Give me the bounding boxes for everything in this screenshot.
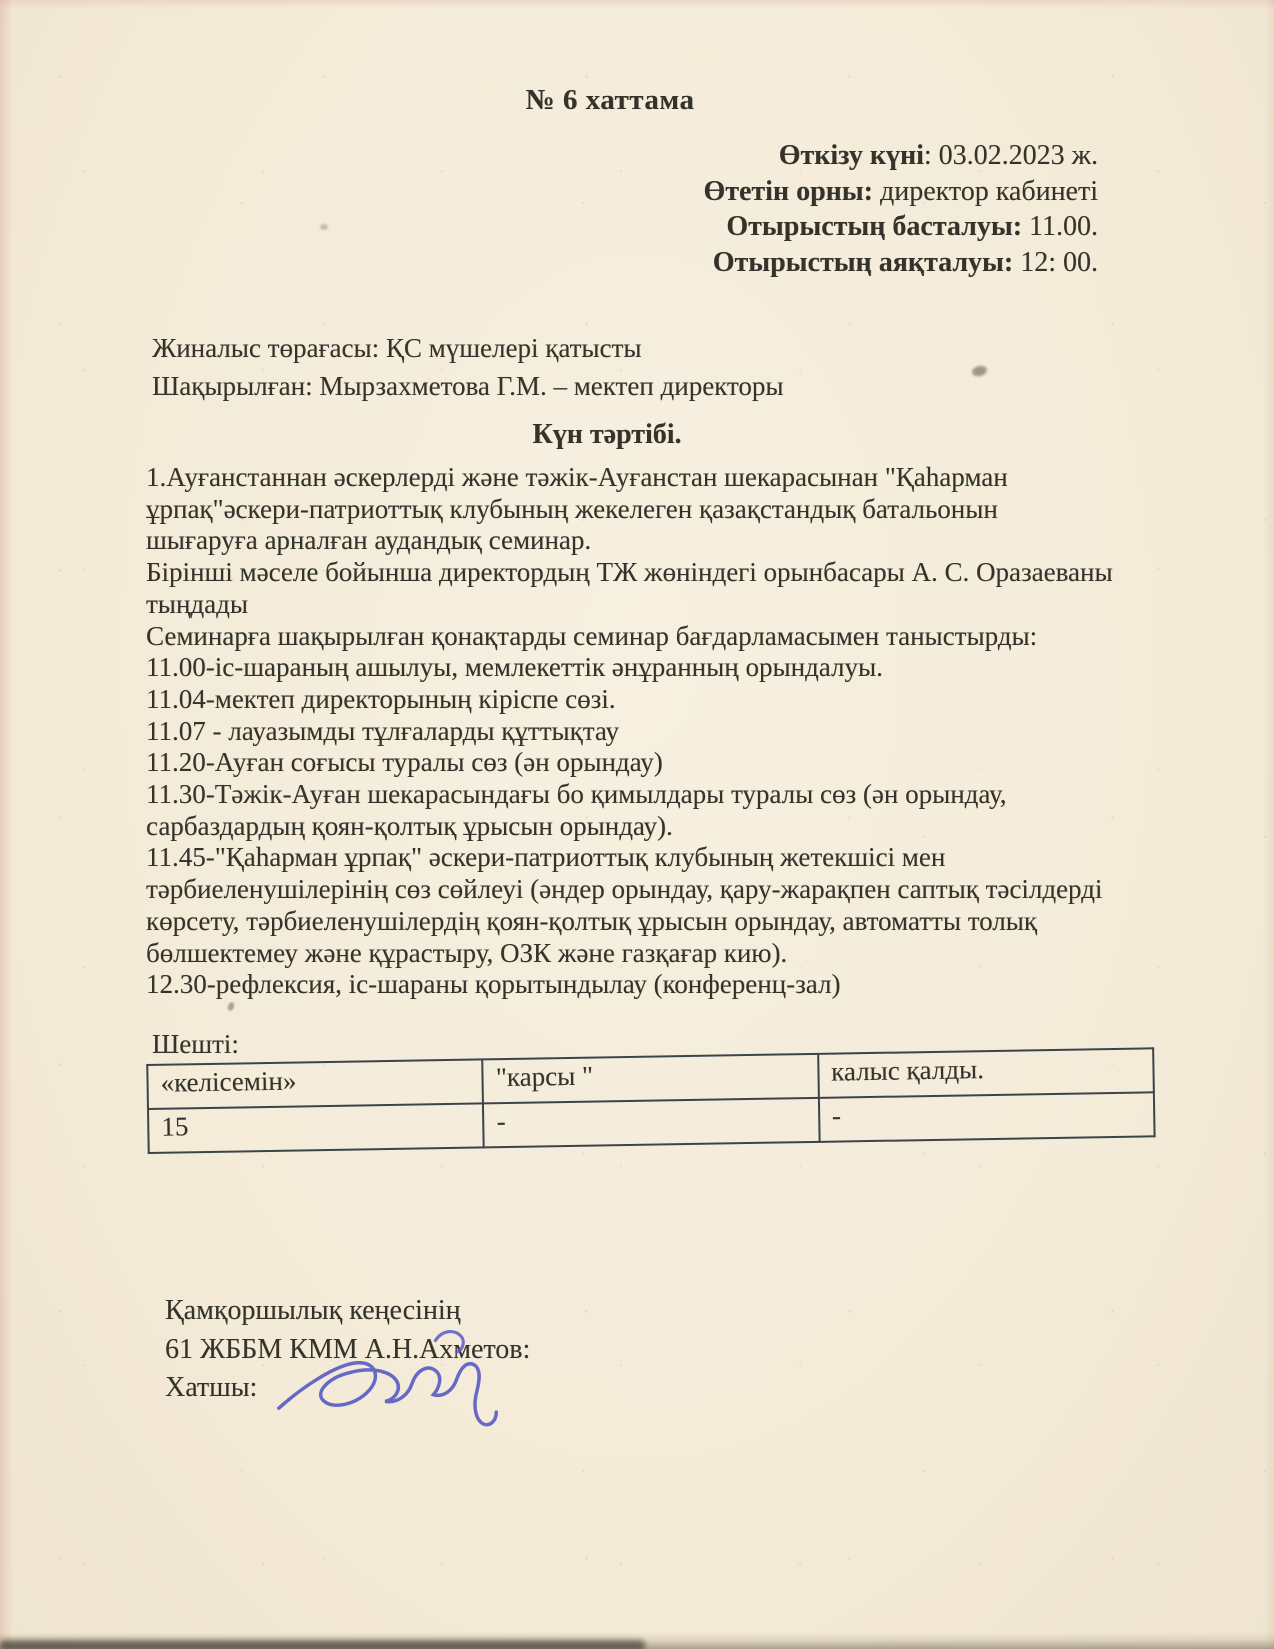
scan-edge-right (1264, 0, 1274, 1649)
agenda-line: бөлшектемеу және құрастыру, ОЗК және газ… (146, 938, 1113, 970)
scan-smudge (320, 224, 328, 230)
agenda-line: тәрбиеленушілерінің сөз сөйлеуі (әндер о… (146, 874, 1113, 906)
meta-row-date: Өткізу күні: 03.02.2023 ж. (703, 138, 1098, 174)
header-cell-abstained: калыс қалды. (818, 1048, 1154, 1098)
agenda-line: 11.30-Тәжік-Ауған шекарасындағы бо қимыл… (146, 779, 1113, 811)
value-cell-agree: 15 (148, 1103, 484, 1153)
scanned-protocol-page: № 6 хаттама Өткізу күні: 03.02.2023 ж. Ө… (0, 0, 1274, 1649)
footer-secretary-line: Хатшы: (165, 1369, 530, 1408)
agenda-line: 11.07 - лауазымды тұлғаларды құттықтау (146, 716, 1113, 748)
agenda-line: ұрпақ"әскери-патриоттық клубының жекелег… (146, 494, 1113, 526)
meta-block: Өткізу күні: 03.02.2023 ж. Өтетін орны: … (703, 138, 1098, 280)
invited-person-line: Шақырылған: Мырзахметова Г.М. – мектеп д… (152, 367, 784, 405)
agenda-line: 11.04-мектеп директорының кіріспе сөзі. (146, 684, 1113, 716)
agenda-line: 1.Ауғанстаннан әскерлерді және тәжік-Ауғ… (146, 462, 1113, 494)
agenda-line: шығаруға арналған аудандық семинар. (146, 525, 1113, 557)
signature-block: Қамқоршылық кеңесінің 61 ЖББМ КММ А.Н.Ах… (165, 1292, 530, 1408)
scan-edge-top (0, 0, 1274, 9)
meta-row-end: Отырыстың аяқталуы: 12: 00. (703, 245, 1098, 281)
footer-council-line: Қамқоршылық кеңесінің (165, 1292, 530, 1331)
meta-value: 12: 00. (1013, 247, 1098, 278)
agenda-line: Бірінші мәселе бойынша директордың ТЖ жө… (146, 557, 1113, 589)
scan-edge-shadow (0, 1640, 645, 1649)
header-cell-agree: «келісемін» (147, 1059, 483, 1109)
agenda-body: 1.Ауғанстаннан әскерлерді және тәжік-Ауғ… (146, 462, 1113, 1001)
meta-value: 11.00. (1022, 211, 1098, 242)
meta-value: директор кабинеті (873, 176, 1098, 207)
decision-table: «келісемін» "карсы " калыс қалды. 15 - - (146, 1047, 1155, 1154)
value-cell-against: - (483, 1098, 819, 1148)
meta-label: Өткізу күні (779, 140, 924, 171)
footer-school-line: 61 ЖББМ КММ А.Н.Ахметов: (165, 1331, 530, 1370)
agenda-line: 11.00-іс-шараның ашылуы, мемлекеттік әнұ… (146, 652, 1113, 684)
meeting-chairman-line: Жиналыс төрағасы: ҚС мүшелері қатысты (152, 329, 784, 367)
meta-label: Отырыстың аяқталуы: (713, 247, 1014, 278)
decision-label: Шешті: (152, 1029, 239, 1060)
header-cell-against: "карсы " (483, 1054, 819, 1104)
value-cell-abstained: - (819, 1092, 1155, 1142)
agenda-line: 11.20-Ауған соғысы туралы сөз (ән орында… (146, 747, 1113, 779)
agenda-heading: Күн тәртібі. (0, 419, 1214, 451)
intro-block: Жиналыс төрағасы: ҚС мүшелері қатысты Ша… (152, 329, 784, 405)
agenda-line: тыңдады (146, 589, 1113, 621)
scan-smudge (971, 364, 988, 377)
scan-edge-left (0, 0, 13, 1649)
agenda-line: Семинарға шақырылған қонақтарды семинар … (146, 621, 1113, 653)
agenda-line: 11.45-"Қаһарман ұрпақ" әскери-патриоттық… (146, 842, 1113, 874)
agenda-line: көрсету, тәрбиеленушілердің қоян-қолтық … (146, 906, 1113, 938)
agenda-line: 12.30-рефлексия, іс-шараны қорытындылау … (146, 969, 1113, 1001)
meta-row-place: Өтетін орны: директор кабинеті (703, 174, 1098, 210)
meta-row-start: Отырыстың басталуы: 11.00. (703, 209, 1098, 245)
meta-label: Отырыстың басталуы: (726, 211, 1022, 242)
agenda-line: сарбаздардың қоян-қолтық ұрысын орындау)… (146, 811, 1113, 843)
document-title: № 6 хаттама (0, 84, 1220, 117)
meta-value: : 03.02.2023 ж. (924, 140, 1098, 171)
scan-smudge (227, 1001, 236, 1012)
meta-label: Өтетін орны: (703, 176, 873, 207)
